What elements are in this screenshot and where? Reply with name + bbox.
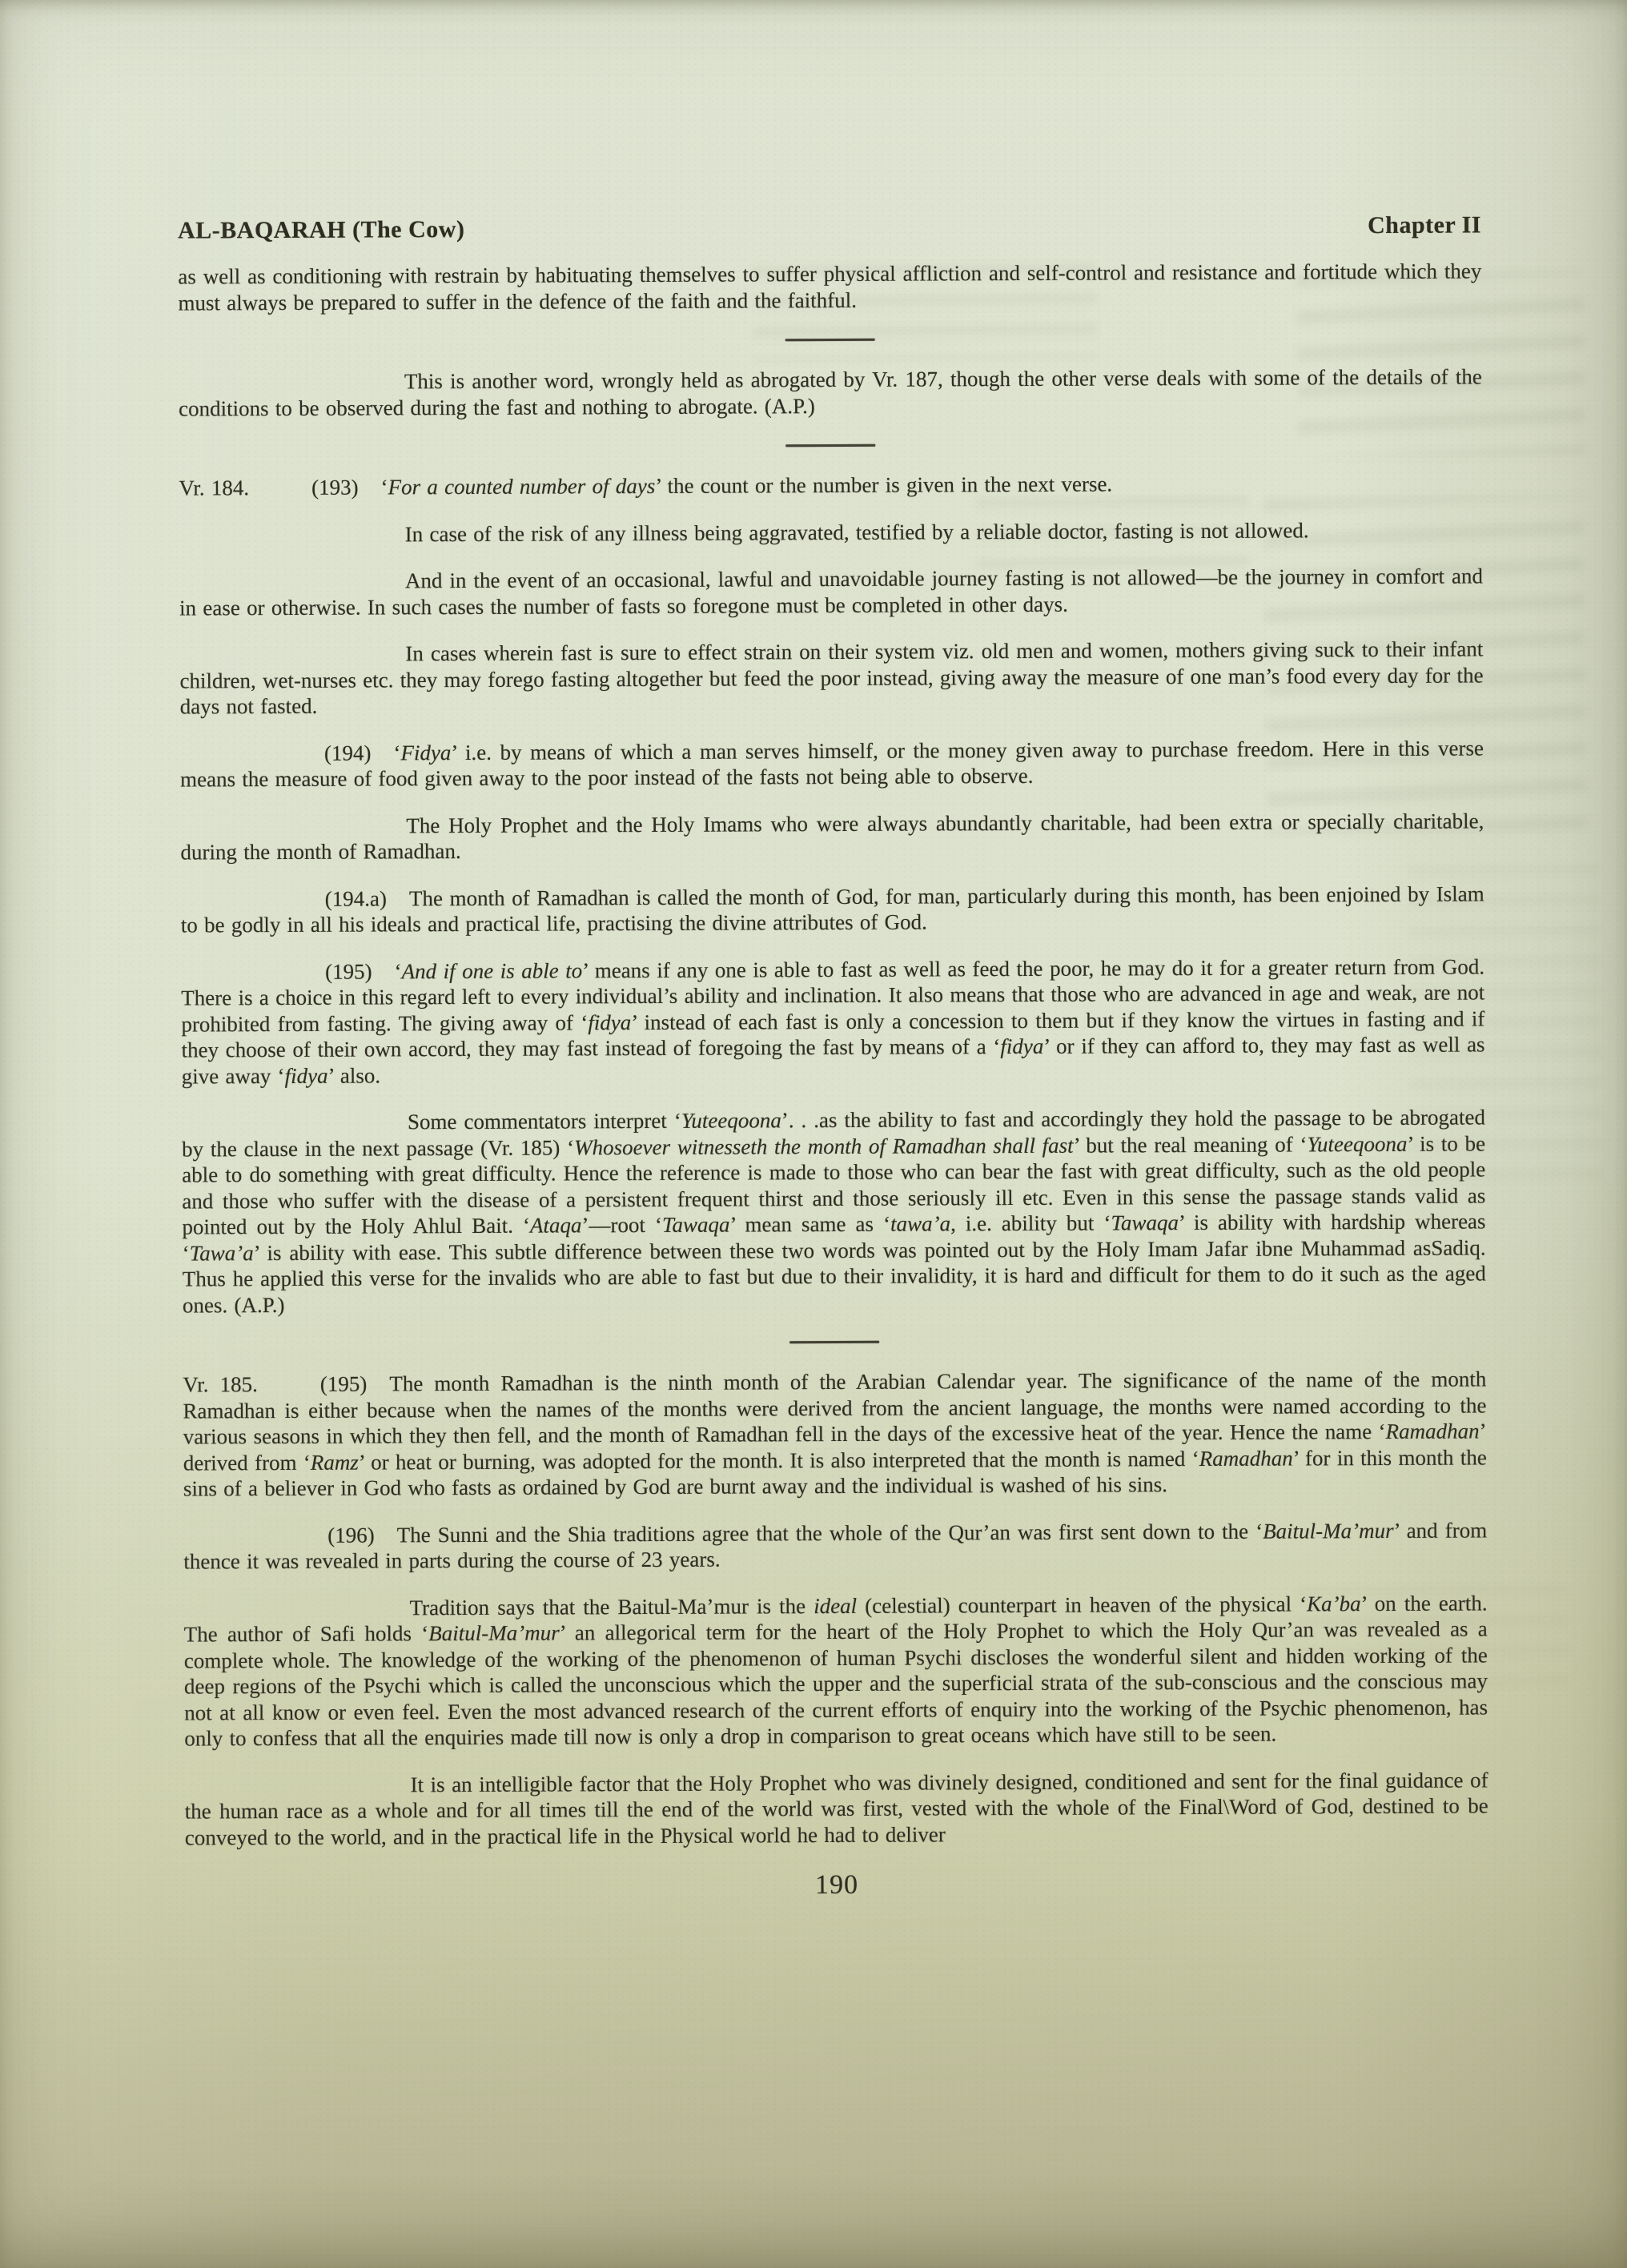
italic-text-run: Yuteeqoona [681,1108,781,1133]
commentary-paragraph: And in the event of an occasional, lawfu… [179,563,1483,620]
italic-text-run: Tawaqa [1111,1210,1179,1234]
note-number: (194.a) [325,886,387,910]
note-number: (195) [320,1372,368,1396]
verse-ref-label: Vr. 184. [179,476,249,500]
text-run: as well as conditioning with restrain by… [178,259,1481,315]
italic-text-run: fidya [588,1010,631,1034]
italic-text-run: Tawa’a [190,1241,254,1265]
text-run: The Sunni and the Shia traditions agree … [397,1519,1263,1547]
scanned-book-page: AL-BAQARAH (The Cow) Chapter II as well … [0,0,1627,2268]
text-run: ’ or heat or burning, was adopted for th… [359,1447,1199,1475]
italic-text-run: Tawaqa [662,1213,730,1237]
text-run: (celestial) counterpart in heaven of the… [857,1592,1307,1617]
text-run: ’ the count or the number is given in th… [655,472,1112,497]
italic-text-run: Fidya [400,741,451,765]
italic-text-run: For a counted number of days [388,474,656,499]
text-block: as well as conditioning with restrain by… [178,258,1488,1850]
numbered-note-paragraph: (194.a)The month of Ramadhan is called t… [181,881,1484,938]
note-number: (193) [311,476,359,500]
commentary-paragraph: The Holy Prophet and the Holy Imams who … [180,808,1484,865]
running-title: AL-BAQARAH (The Cow) [178,216,464,245]
section-divider-rule [785,444,875,447]
italic-text-run: Ka’ba [1307,1592,1361,1616]
text-run: ‘ [381,475,388,499]
italic-text-run: Ramadhan [1386,1419,1480,1443]
numbered-note-paragraph: (195)‘And if one is able to’ means if an… [181,953,1485,1090]
italic-text-run: Baitul-Ma’mur [1263,1518,1394,1543]
italic-text-run: ideal [813,1593,857,1617]
text-run: ’ also. [328,1063,381,1087]
numbered-note-paragraph: (194)‘Fidya’ i.e. by means of which a ma… [180,735,1484,793]
verse-ref-label: Vr. 185. [183,1372,258,1396]
commentary-paragraph: In cases wherein fast is sure to effect … [179,636,1483,720]
verse-note-paragraph: Vr. 184.(193)‘For a counted number of da… [179,469,1482,501]
commentary-paragraph: Tradition says that the Baitul-Ma’mur is… [184,1590,1488,1752]
commentary-paragraph: This is another word, wrongly held as ab… [179,363,1482,421]
text-run: ’ mean same as ‘ [729,1212,890,1237]
text-run: , i.e. ability but ‘ [950,1210,1111,1235]
text-run: ’—root ‘ [581,1213,662,1237]
carryover-paragraph: as well as conditioning with restrain by… [178,258,1481,315]
italic-text-run: tawa’a [890,1211,950,1235]
text-run: It is an intelligible factor that the Ho… [185,1768,1488,1849]
text-run: Some commentators interpret ‘ [408,1109,681,1134]
text-run: ’ is ability with ease. This subtle diff… [183,1235,1486,1317]
text-run: The month Ramadhan is the ninth month of… [183,1367,1486,1448]
text-run: In case of the risk of any illness being… [405,518,1309,546]
text-run: In cases wherein fast is sure to effect … [179,636,1483,718]
commentary-paragraph: It is an intelligible factor that the Ho… [184,1767,1488,1851]
section-divider-rule [785,339,875,341]
numbered-note-paragraph: (196)The Sunni and the Shia traditions a… [183,1517,1487,1575]
chapter-label: Chapter II [1368,211,1481,239]
italic-text-run: Ataqa [530,1213,582,1237]
text-run: This is another word, wrongly held as ab… [179,364,1482,420]
verse-note-paragraph: Vr. 185.(195)The month Ramadhan is the n… [183,1366,1487,1502]
text-run: ’ i.e. by means of which a man serves hi… [180,736,1484,792]
italic-text-run: Baitul-Ma’mur [428,1620,560,1645]
section-divider-rule [789,1341,879,1343]
italic-text-run: Ramz [311,1450,359,1474]
commentary-paragraph: Some commentators interpret ‘Yuteeqoona’… [182,1104,1486,1318]
italic-text-run: Whosoever witnesseth the month of Ramadh… [574,1133,1074,1159]
text-run: And in the event of an occasional, lawfu… [179,564,1483,620]
text-run: ’ but the real meaning of ‘ [1074,1132,1308,1157]
note-number: (194) [324,741,372,765]
italic-text-run: fidya [285,1063,328,1087]
text-run: The Holy Prophet and the Holy Imams who … [180,809,1484,865]
page-number: 190 [185,1867,1488,1903]
page-content: AL-BAQARAH (The Cow) Chapter II as well … [178,211,1488,1903]
commentary-paragraph: In case of the risk of any illness being… [179,516,1483,548]
note-number: (195) [325,959,372,983]
italic-text-run: Ramadhan [1199,1446,1293,1471]
text-run: Tradition says that the Baitul-Ma’mur is… [410,1594,814,1620]
note-number: (196) [327,1523,375,1547]
italic-text-run: Yuteeqoona [1307,1131,1407,1156]
italic-text-run: And if one is able to [402,958,583,983]
italic-text-run: fidya [1000,1034,1043,1058]
page-header: AL-BAQARAH (The Cow) Chapter II [178,211,1481,244]
